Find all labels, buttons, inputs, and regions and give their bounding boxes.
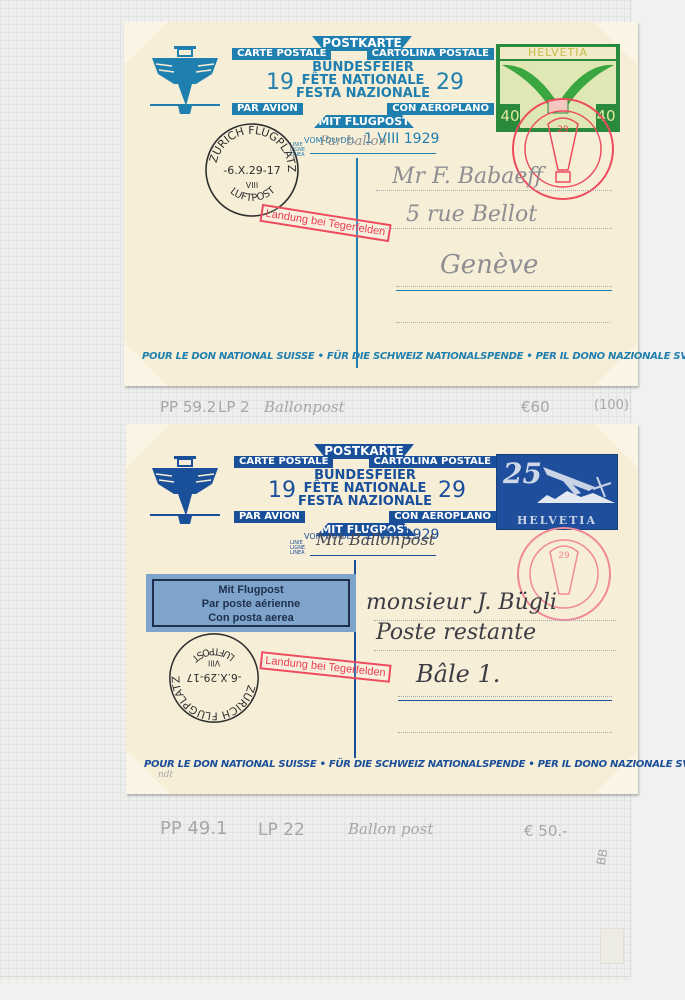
note-2-catalog: PP 49.1 (160, 818, 228, 839)
zurich-flugplatz-postmark-icon: ZÜRICH FLUGPLATZ LUFTPOST -6.X.29-17 VII… (166, 630, 262, 726)
note-1-extra: (100) (594, 398, 629, 413)
address-rule (376, 228, 612, 229)
address-line-2: 5 rue Bellot (406, 202, 537, 227)
landing-cachet: Landung bei Tegerfelden (259, 651, 391, 683)
banner-cartolina-postale: CARTOLINA POSTALE (369, 456, 496, 468)
stamp-country: HELVETIA (500, 47, 616, 59)
airmail-etiquette: Mit Flugpost Par poste aérienne Con post… (146, 574, 356, 632)
airplane-stamp-icon (537, 459, 615, 509)
note-2-extra: BB (594, 848, 611, 867)
svg-text:-6.X.29-17: -6.X.29-17 (223, 164, 280, 177)
note-2-price: € 50.- (524, 822, 568, 840)
banner-con-aeroplano: CON AEROPLANO (389, 511, 496, 523)
note-1-price: €60 (521, 398, 550, 416)
banner-cartolina-postale: CARTOLINA POSTALE (367, 48, 494, 60)
banner-mit-flugpost: MIT FLUGPOST (314, 115, 414, 128)
airplane-emblem-icon (150, 454, 220, 526)
airplane-emblem-icon (150, 44, 220, 116)
mount-corner (594, 342, 638, 386)
svg-text:29: 29 (558, 551, 570, 561)
address-rule (376, 190, 612, 191)
note-2-ref: LP 22 (258, 820, 305, 840)
linie-labels: LINIE LIGNE LINEA (290, 541, 305, 556)
mount-corner (594, 750, 638, 794)
landing-cachet: Landung bei Tegerfelden (259, 204, 391, 242)
postcard-banner: POSTKARTE CARTE POSTALE CARTOLINA POSTAL… (234, 444, 496, 536)
note-1-catalog: PP 59.2 (160, 398, 216, 416)
linea-label: LINEA (290, 551, 305, 556)
svg-text:VIII: VIII (246, 181, 259, 190)
zurich-flugplatz-postmark-icon: ZÜRICH FLUGPLATZ LUFTPOST -6.X.29-17 VII… (202, 120, 302, 220)
address-line-2: Poste restante (376, 620, 536, 645)
banner-par-avion: PAR AVION (232, 103, 303, 115)
postcard-1: POSTKARTE CARTE POSTALE CARTOLINA POSTAL… (124, 22, 638, 386)
airmail-label-de: Mit Flugpost (154, 583, 348, 597)
address-rule (374, 650, 616, 651)
banner-year-right: 29 (438, 478, 466, 503)
card-footer: POUR LE DON NATIONAL SUISSE • FÜR DIE SC… (142, 351, 620, 362)
address-line-3: Bâle 1. (416, 660, 500, 688)
banner-par-avion: PAR AVION (234, 511, 305, 523)
svg-text:29: 29 (557, 125, 569, 135)
address-underline (398, 700, 612, 701)
banner-year-left: 19 (268, 478, 296, 503)
address-rule (398, 696, 612, 697)
banner-carte-postale: CARTE POSTALE (234, 456, 333, 468)
note-1-ref: LP 2 (218, 398, 250, 416)
linie-handwritten: Mit Ballonpost (316, 530, 435, 549)
banner-carte-postale: CARTE POSTALE (232, 48, 331, 60)
airmail-label-it: Con posta aerea (154, 611, 348, 625)
card-footer: POUR LE DON NATIONAL SUISSE • FÜR DIE SC… (144, 759, 620, 770)
linie-handwritten: Par ballon (320, 134, 387, 149)
postcard-2: POSTKARTE CARTE POSTALE CARTOLINA POSTAL… (126, 424, 638, 794)
address-rule (396, 286, 612, 287)
banner-year-left: 19 (266, 70, 294, 95)
address-rule (396, 322, 610, 323)
mount-corner (124, 342, 168, 386)
svg-text:VIII: VIII (208, 659, 220, 668)
linie-underline (310, 555, 436, 556)
postcard-banner: POSTKARTE CARTE POSTALE CARTOLINA POSTAL… (232, 36, 494, 128)
page-watermark (600, 928, 624, 964)
address-underline (396, 290, 612, 291)
banner-con-aeroplano: CON AEROPLANO (387, 103, 494, 115)
address-line-1: monsieur J. Bügli (366, 590, 557, 615)
airmail-label-fr: Par poste aérienne (154, 597, 348, 611)
note-2-desc: Ballon post (348, 820, 433, 838)
divider-line (356, 158, 358, 368)
note-1-desc: Ballonpost (264, 398, 345, 416)
address-line-1: Mr F. Babaeff (392, 164, 543, 189)
corner-pencil-note: ndt (158, 770, 173, 780)
stamp-25-helvetia: 25 HELVETIA (496, 454, 618, 530)
linie-underline (310, 153, 436, 154)
address-line-3: Genève (440, 250, 538, 280)
address-rule (398, 732, 612, 733)
svg-text:-6.X.29-17: -6.X.29-17 (186, 671, 241, 683)
banner-year-right: 29 (436, 70, 464, 95)
